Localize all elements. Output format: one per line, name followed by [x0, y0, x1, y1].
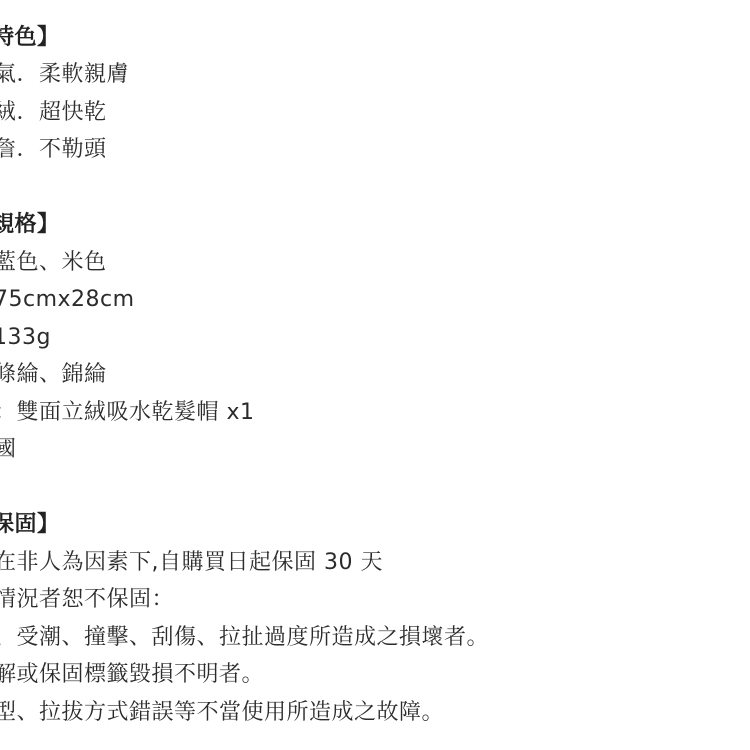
features-heading: 特色】: [0, 24, 60, 52]
specs-line: ：雙面立絨吸水乾髮帽 x1: [0, 399, 255, 427]
specs-line: 國: [0, 436, 17, 464]
specs-line: 133g: [0, 324, 51, 352]
product-description-document: 特色】 氣．柔軟親膚 絨．超快乾 詹．不勒頭 規格】 藍色、米色 75cmx28…: [0, 0, 750, 750]
warranty-line: 解或保固標籤毀損不明者。: [0, 661, 264, 689]
specs-line: 75cmx28cm: [0, 286, 135, 314]
warranty-line: 、受潮、撞擊、刮傷、拉扯過度所造成之損壞者。: [0, 624, 489, 652]
features-line: 絨．超快乾: [0, 99, 107, 127]
features-line: 詹．不勒頭: [0, 136, 107, 164]
warranty-line: 型、拉拔方式錯誤等不當使用所造成之故障。: [0, 699, 444, 727]
warranty-line: 在非人為因素下,自購買日起保固 30 天: [0, 549, 383, 577]
specs-line: 條綸、錦綸: [0, 361, 107, 389]
features-line: 氣．柔軟親膚: [0, 61, 129, 89]
warranty-heading: 保固】: [0, 511, 60, 539]
specs-heading: 規格】: [0, 211, 60, 239]
specs-line: 藍色、米色: [0, 249, 107, 277]
warranty-line: 情況者恕不保固：: [0, 586, 174, 614]
